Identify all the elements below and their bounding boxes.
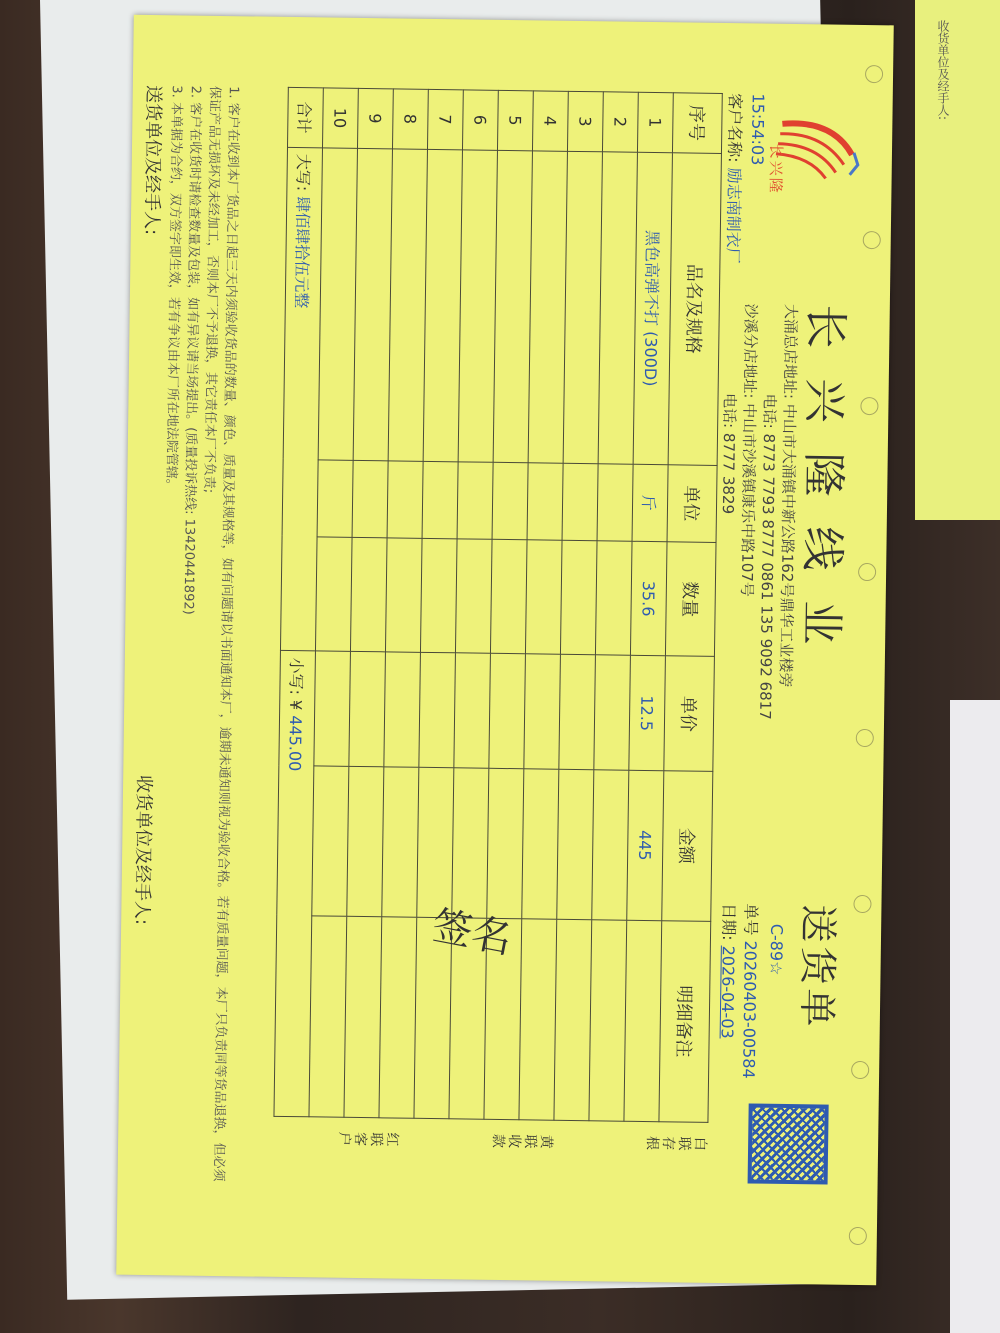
terms-block: 1. 客户在收到本厂货品之日起三天内须验收货品的数量、颜色、质量及其规格等，如有… <box>151 85 242 1186</box>
adjacent-note-right-top: 收货单位及经手人: <box>915 0 1000 520</box>
date-value: 2026-04-03 <box>718 946 738 1039</box>
row-price <box>524 654 561 769</box>
header-note: 明细备注 <box>659 920 711 1122</box>
row-no: 8 <box>392 89 428 149</box>
row-no: 4 <box>532 91 568 151</box>
row-no: 3 <box>567 91 603 151</box>
row-no: 10 <box>322 88 358 148</box>
row-unit <box>597 463 633 541</box>
row-no: 1 <box>637 92 673 152</box>
hole <box>853 895 871 913</box>
row-no: 2 <box>602 92 638 152</box>
header-price: 单价 <box>664 656 715 771</box>
receiver-signature-label: 收货单位及经手人: <box>130 775 158 925</box>
serial-code: C-89☆ <box>766 924 786 976</box>
row-qty <box>385 538 422 653</box>
row-amount <box>312 766 349 916</box>
row-qty <box>490 539 527 654</box>
branch-phone: 8777 3829 <box>719 433 738 514</box>
row-qty <box>420 538 457 653</box>
header-name: 品名及规格 <box>668 152 721 465</box>
hole <box>858 563 876 581</box>
order-number: 20260403-00584 <box>739 940 760 1078</box>
total-words: 肆佰肆拾伍元整 <box>292 196 313 308</box>
row-qty: 35.6 <box>630 541 667 656</box>
row-unit <box>492 462 528 540</box>
hole <box>865 65 883 83</box>
customer-name: 励志南制衣厂 <box>723 168 743 264</box>
row-amount <box>522 769 559 919</box>
branch-address: 中山市沙溪镇康乐中路107号 <box>738 403 759 597</box>
row-amount <box>452 768 489 918</box>
row-price <box>384 652 421 767</box>
branch-address-label: 沙溪分店地址: <box>741 303 760 398</box>
row-amount <box>417 767 454 917</box>
row-unit <box>457 462 493 540</box>
row-price: 12.5 <box>629 656 666 771</box>
row-qty <box>350 537 387 652</box>
hole <box>856 729 874 747</box>
row-unit <box>317 460 353 538</box>
row-price <box>489 654 526 769</box>
row-qty <box>560 540 597 655</box>
order-number-line: 单号 20260403-00584 <box>738 903 763 1079</box>
header-unit: 单位 <box>667 464 717 542</box>
total-words-cell: 大写: 肆佰肆拾伍元整 <box>280 147 322 651</box>
row-note <box>519 918 557 1120</box>
row-qty <box>595 541 632 656</box>
copy-label-white: 白联存根 <box>644 1132 708 1153</box>
branch-address-line: 沙溪分店地址: 中山市沙溪镇康乐中路107号 <box>737 303 762 597</box>
logo-text: 长兴隆 <box>765 144 787 195</box>
row-amount <box>382 767 419 917</box>
total-label: 合计 <box>288 87 324 147</box>
row-unit <box>562 463 598 541</box>
row-unit: 斤 <box>632 464 668 542</box>
row-qty <box>455 539 492 654</box>
hole <box>863 231 881 249</box>
copy-label-red: 红联客户 <box>336 1128 400 1149</box>
qr-code-icon <box>748 1103 829 1184</box>
row-name <box>598 151 637 464</box>
document-type-title: 送货单 <box>793 904 850 1031</box>
row-no: 6 <box>462 90 498 150</box>
total-figures-label: 小写: ¥ <box>287 657 307 710</box>
row-qty <box>315 537 352 652</box>
delivery-note: 长兴隆 长兴隆线业 送货单 大涌总店地址: 中山市大涌镇中新公路162号鼎华工业… <box>116 15 894 1285</box>
row-unit <box>527 463 563 541</box>
row-price <box>349 652 386 767</box>
header-no: 序号 <box>672 93 722 153</box>
row-amount <box>347 766 384 916</box>
order-number-label: 单号 <box>741 903 760 935</box>
total-figures-cell: 小写: ¥ 445.00 <box>274 651 315 1117</box>
company-name: 长兴隆线业 <box>793 304 862 675</box>
hole <box>849 1227 867 1245</box>
total-words-label: 大写: <box>294 154 314 192</box>
row-name <box>528 150 567 463</box>
row-no: 9 <box>357 88 393 148</box>
row-name <box>563 151 602 464</box>
row-note <box>554 919 592 1121</box>
row-no: 7 <box>427 89 463 149</box>
row-price <box>594 655 631 770</box>
row-name <box>423 149 462 462</box>
branch-phone-line: 电话: 8777 3829 <box>718 393 741 514</box>
row-price <box>419 653 456 768</box>
row-note <box>379 916 417 1118</box>
row-name <box>388 149 427 462</box>
row-no: 5 <box>497 90 533 150</box>
total-figures: 445.00 <box>286 715 306 771</box>
copy-labels: 白联存根 黄联收款 红联客户 <box>336 1128 708 1153</box>
print-time: 15:54:03 <box>748 93 768 165</box>
row-amount <box>557 769 594 919</box>
date-line: 日期: 2026-04-03 <box>717 903 742 1039</box>
row-note <box>624 920 662 1122</box>
row-amount <box>487 768 524 918</box>
hq-address-label: 大涌总店地址: <box>781 304 800 399</box>
row-note <box>589 919 627 1121</box>
row-name <box>458 150 497 463</box>
adjacent-note-text: 收货单位及经手人: <box>935 20 952 120</box>
delivery-note-wrapper: 长兴隆 长兴隆线业 送货单 大涌总店地址: 中山市大涌镇中新公路162号鼎华工业… <box>85 0 925 1300</box>
row-name: 黑色高弹不打 (300D) <box>633 152 672 465</box>
row-price <box>314 651 351 766</box>
customer-label: 客户名称: <box>725 93 745 163</box>
row-unit <box>352 460 388 538</box>
branch-phone-label: 电话: <box>720 393 738 428</box>
date-label: 日期: <box>719 903 739 941</box>
row-name <box>318 148 357 461</box>
customer-line: 客户名称: 励志南制衣厂 <box>722 93 747 264</box>
row-note <box>309 915 347 1117</box>
row-qty <box>525 540 562 655</box>
row-amount <box>592 770 629 920</box>
hole <box>860 397 878 415</box>
row-amount: 445 <box>627 770 664 920</box>
sender-signature-label: 送货单位及经手人: <box>140 85 168 235</box>
hq-phone-label: 电话: <box>760 394 778 429</box>
row-unit <box>387 461 423 539</box>
row-name <box>353 148 392 461</box>
row-unit <box>422 461 458 539</box>
header-amount: 金额 <box>662 771 713 921</box>
items-table: 序号 品名及规格 单位 数量 单价 金额 明细备注 1 黑色高弹不打 (300D… <box>273 87 722 1123</box>
row-price <box>559 655 596 770</box>
row-price <box>454 653 491 768</box>
adjacent-paper-right-bottom <box>950 700 1000 1333</box>
row-name <box>493 150 532 463</box>
hole <box>851 1061 869 1079</box>
header-qty: 数量 <box>665 542 716 657</box>
row-note <box>344 916 382 1118</box>
copy-label-yellow: 黄联收款 <box>490 1130 554 1151</box>
